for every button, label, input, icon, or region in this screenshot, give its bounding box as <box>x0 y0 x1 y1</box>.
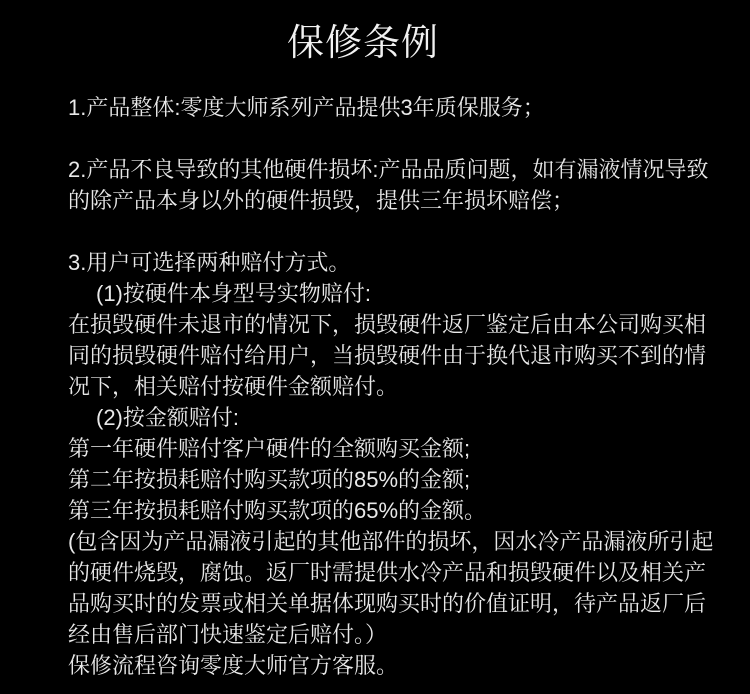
text-line-service-contact: 保修流程咨询零度大师官方客服。 <box>68 650 706 681</box>
warranty-body: 1.产品整体:零度大师系列产品提供3年质保服务； 2.产品不良导致的其他硬件损坏… <box>68 92 706 681</box>
text-line: 经由售后部门快速鉴定后赔付。） <box>68 619 706 650</box>
text-line-option-1: (1)按硬件本身型号实物赔付: <box>68 278 706 309</box>
text-line: 1.产品整体:零度大师系列产品提供3年质保服务； <box>68 92 706 123</box>
text-line-year-1: 第一年硬件赔付客户硬件的全额购买金额; <box>68 433 706 464</box>
text-line: 的除产品本身以外的硬件损毁，提供三年损坏赔偿； <box>68 185 706 216</box>
section-other-hardware-damage: 2.产品不良导致的其他硬件损坏:产品品质问题，如有漏液情况导致 的除产品本身以外… <box>68 154 706 216</box>
text-line: 在损毁硬件未退市的情况下，损毁硬件返厂鉴定后由本公司购买相 <box>68 309 706 340</box>
text-line: (包含因为产品漏液引起的其他部件的损坏，因水冷产品漏液所引起 <box>68 526 706 557</box>
section-compensation-methods: 3.用户可选择两种赔付方式。 (1)按硬件本身型号实物赔付: 在损毁硬件未退市的… <box>68 247 706 681</box>
text-line: 3.用户可选择两种赔付方式。 <box>68 247 706 278</box>
text-line: 的硬件烧毁，腐蚀。返厂时需提供水冷产品和损毁硬件以及相关产 <box>68 557 706 588</box>
page-title: 保修条例 <box>44 20 706 66</box>
text-line: 同的损毁硬件赔付给用户，当损毁硬件由于换代退市购买不到的情 <box>68 340 706 371</box>
text-line: 品购买时的发票或相关单据体现购买时的价值证明，待产品返厂后 <box>68 588 706 619</box>
text-line-year-3: 第三年按损耗赔付购买款项的65%的金额。 <box>68 495 706 526</box>
section-product-overall-warranty: 1.产品整体:零度大师系列产品提供3年质保服务； <box>68 92 706 123</box>
warranty-terms-page: 保修条例 1.产品整体:零度大师系列产品提供3年质保服务； 2.产品不良导致的其… <box>0 0 750 694</box>
text-line: 况下，相关赔付按硬件金额赔付。 <box>68 371 706 402</box>
text-line-option-2: (2)按金额赔付: <box>68 402 706 433</box>
text-line: 2.产品不良导致的其他硬件损坏:产品品质问题，如有漏液情况导致 <box>68 154 706 185</box>
text-line-year-2: 第二年按损耗赔付购买款项的85%的金额; <box>68 464 706 495</box>
